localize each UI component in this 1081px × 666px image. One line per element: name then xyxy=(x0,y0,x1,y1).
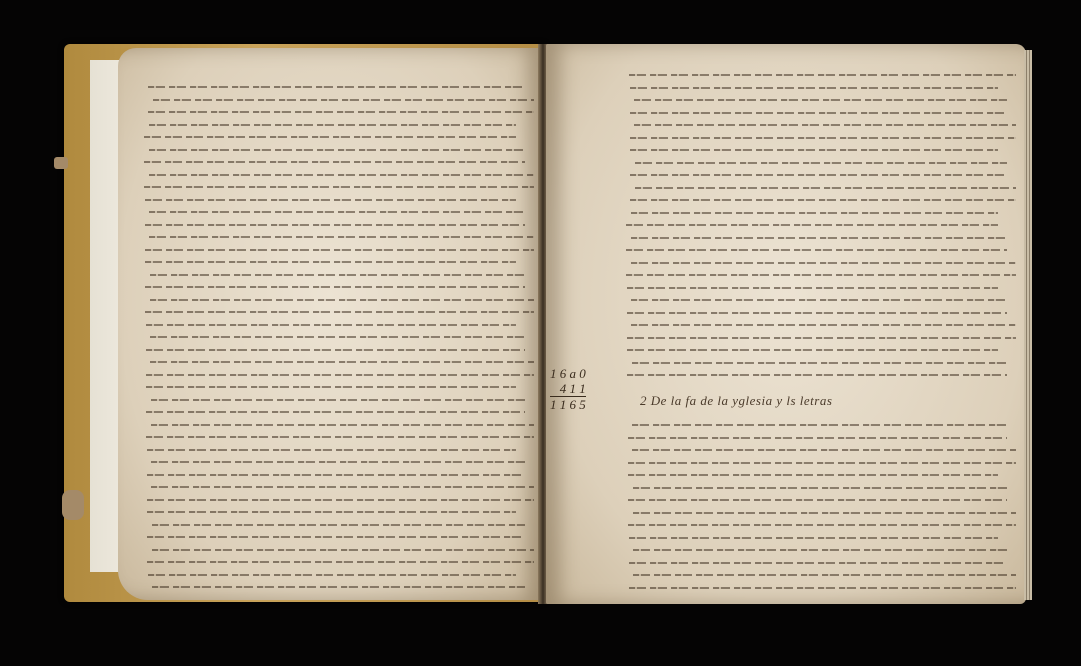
handwriting-line xyxy=(146,349,526,351)
handwriting-line xyxy=(144,186,534,188)
handwriting-line xyxy=(631,324,1016,326)
handwriting-line xyxy=(151,461,525,463)
handwriting-line xyxy=(630,199,1016,201)
handwriting-line xyxy=(152,524,526,526)
handwriting-line xyxy=(146,436,534,438)
handwriting-line xyxy=(146,386,516,388)
handwriting-line xyxy=(633,574,1016,576)
handwriting-line xyxy=(147,499,535,501)
handwriting-line xyxy=(147,561,534,563)
handwriting-line xyxy=(150,336,525,338)
handwriting-line xyxy=(628,462,1017,464)
handwriting-line xyxy=(144,136,516,138)
handwriting-line xyxy=(628,524,1016,526)
page-edges xyxy=(1024,50,1032,600)
handwriting-line xyxy=(149,149,526,151)
handwriting-line xyxy=(144,161,525,163)
handwriting-line xyxy=(627,337,1017,339)
handwriting-line xyxy=(626,274,1016,276)
handwriting-line xyxy=(149,174,535,176)
handwriting-line xyxy=(150,299,535,301)
handwriting-line xyxy=(634,99,1007,101)
section-heading: 2 De la fa de la yglesia y ls letras xyxy=(640,393,832,409)
handwriting-line xyxy=(146,324,517,326)
handwriting-line xyxy=(628,437,1008,439)
handwriting-line xyxy=(151,424,535,426)
handwriting-line xyxy=(152,549,535,551)
handwriting-line xyxy=(151,486,534,488)
handwriting-line xyxy=(632,362,1008,364)
handwriting-line xyxy=(146,411,525,413)
handwriting-line xyxy=(633,487,1008,489)
handwriting-line xyxy=(151,399,526,401)
handwriting-line xyxy=(628,499,1007,501)
handwriting-line xyxy=(153,99,535,101)
margin-calculation: 1 6 a 0 4 1 1 1 1 6 5 xyxy=(550,366,586,412)
handwriting-line xyxy=(631,262,1017,264)
handwriting-line xyxy=(627,287,999,289)
handwriting-line xyxy=(630,87,999,89)
handwriting-line xyxy=(630,137,1017,139)
handwriting-line xyxy=(145,311,534,313)
binding-tie xyxy=(54,157,68,169)
left-page xyxy=(118,48,542,600)
handwriting-line xyxy=(629,587,1017,589)
handwriting-line xyxy=(628,474,998,476)
handwriting-line xyxy=(632,424,1007,426)
handwriting-line xyxy=(148,574,517,576)
handwriting-line xyxy=(632,449,1016,451)
handwriting-line xyxy=(148,111,534,113)
handwriting-line xyxy=(145,286,525,288)
handwriting-line xyxy=(149,236,534,238)
handwriting-line xyxy=(631,212,999,214)
handwriting-line xyxy=(634,124,1016,126)
handwriting-line xyxy=(631,299,1007,301)
handwriting-line xyxy=(150,274,526,276)
handwriting-line xyxy=(627,312,1008,314)
handwriting-line xyxy=(630,149,998,151)
handwriting-line xyxy=(147,449,517,451)
handwriting-line xyxy=(630,174,1007,176)
handwriting-line xyxy=(633,549,1007,551)
handwriting-line xyxy=(145,261,516,263)
handwriting-line xyxy=(631,237,1008,239)
binding-tie xyxy=(62,490,84,520)
handwriting-line xyxy=(626,249,1007,251)
handwriting-line xyxy=(629,74,1016,76)
handwriting-line xyxy=(147,536,525,538)
handwriting-line xyxy=(633,512,1017,514)
handwriting-line xyxy=(148,86,525,88)
handwriting-line xyxy=(145,199,517,201)
handwriting-line xyxy=(630,112,1008,114)
handwriting-line xyxy=(635,187,1017,189)
handwriting-line xyxy=(150,361,534,363)
handwriting-line xyxy=(145,249,535,251)
handwriting-line xyxy=(627,374,1007,376)
handwriting-line xyxy=(626,224,998,226)
handwriting-line xyxy=(629,537,999,539)
handwriting-line xyxy=(635,162,1008,164)
handwriting-line xyxy=(149,124,517,126)
manuscript-photo: 1 6 a 0 4 1 1 1 1 6 5 2 De la fa de la y… xyxy=(0,0,1081,666)
handwriting-line xyxy=(147,511,516,513)
handwriting-line xyxy=(629,562,1008,564)
handwriting-line xyxy=(149,211,525,213)
handwriting-line xyxy=(627,349,998,351)
handwriting-line xyxy=(147,474,526,476)
handwriting-line xyxy=(152,586,525,588)
handwriting-line xyxy=(146,374,535,376)
handwriting-line xyxy=(145,224,526,226)
right-page xyxy=(546,44,1026,604)
